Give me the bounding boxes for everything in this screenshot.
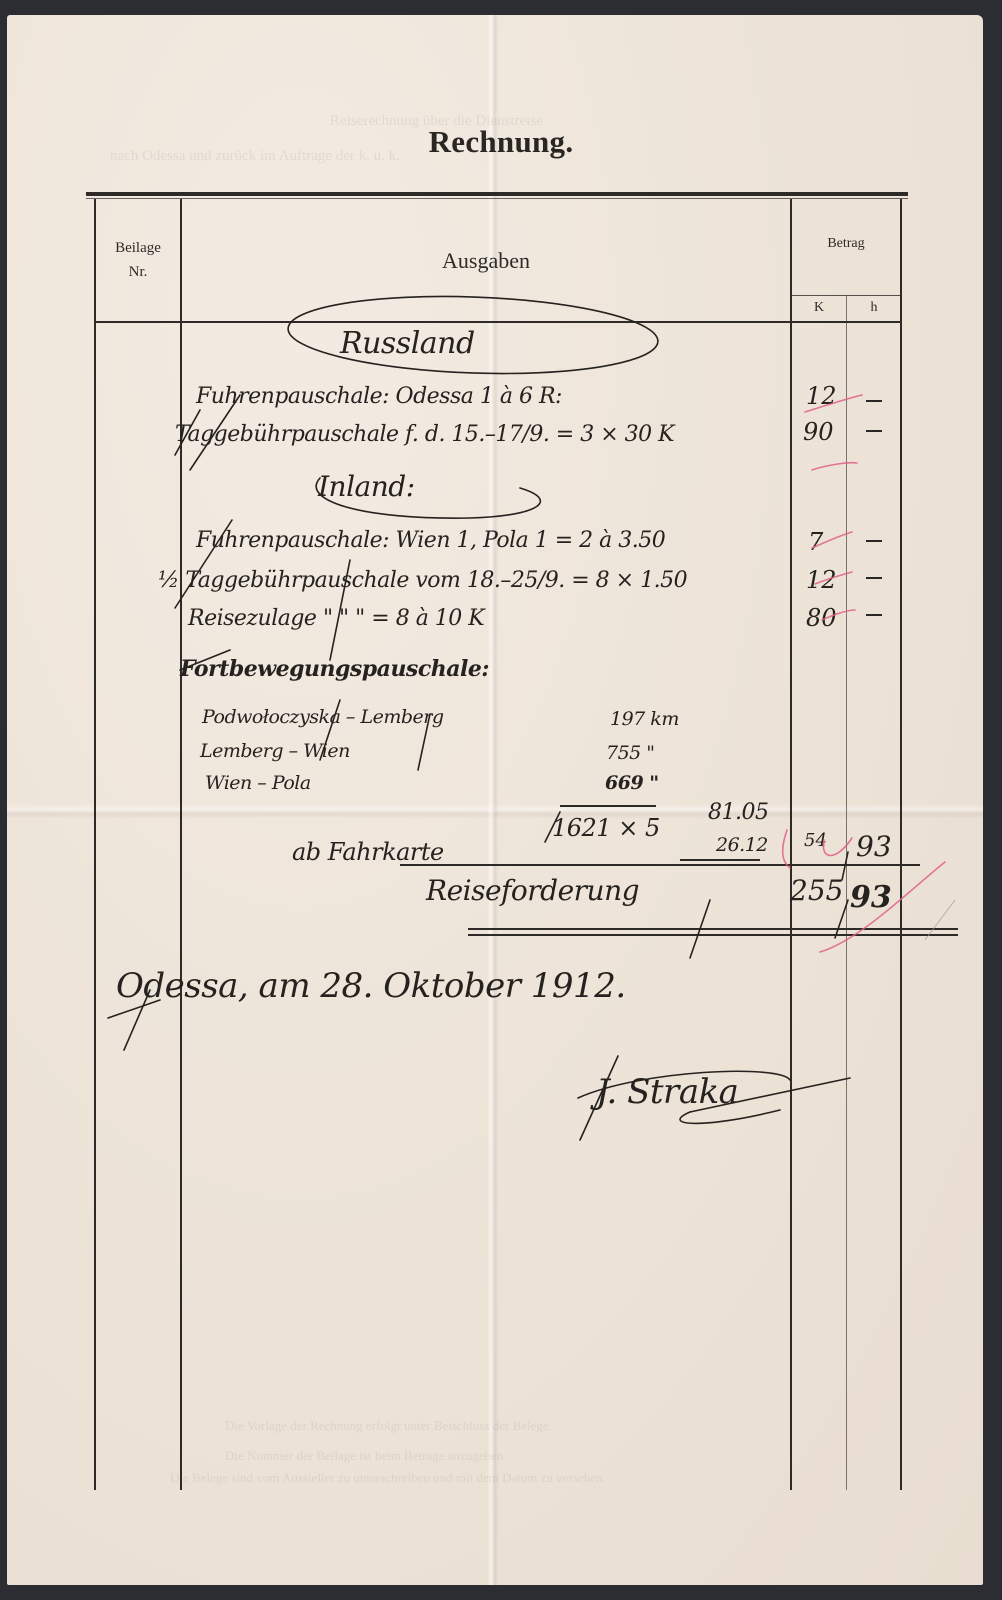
fahrt-subtotal-1: 81.05 [708,800,768,825]
footer-ghost-1: Die Vorlage der Rechnung erfolgt unter B… [225,1418,552,1434]
total-double-rule-2 [468,934,958,936]
header-beilage: Beilage [96,240,180,257]
amount-k: 12 [806,382,837,410]
row-text: ½ Taggebührpauschale vom 18.–25/9. = 8 ×… [158,568,687,593]
amount-h-dash [866,430,882,432]
amount-h-dash [866,614,882,616]
place-date: Odessa, am 28. Oktober 1912. [116,966,626,1006]
table-top-rule-thin [86,198,908,199]
section-heading-russland: Russland [340,326,475,361]
fahrt-result-h: 93 [856,830,892,863]
km-total: 1621 × 5 [552,814,660,842]
amount-k: 12 [806,566,837,594]
amount-k: 80 [806,604,837,632]
route-km: 755 " [606,742,655,764]
table-right-border [900,199,902,1490]
fahrt-heading: Fortbewegungspauschale: [180,656,489,682]
fahrt-subtotal-2: 26.12 [716,834,768,856]
row-text: Fuhrenpauschale: Wien 1, Pola 1 = 2 à 3.… [196,528,665,553]
route-name: Podwołoczyska – Lemberg [202,706,444,728]
amount-k: 7 [808,528,823,556]
amount-h-dash [866,540,882,542]
route-km: 669 " [605,772,659,794]
header-k: K [792,300,846,316]
table-top-rule [86,192,908,196]
header-bottom-rule [95,321,901,323]
total-h: 93 [850,880,892,915]
betrag-divider [790,199,792,1490]
amount-k: 90 [803,418,834,446]
total-double-rule-1 [468,928,958,930]
total-k: 255 [790,874,843,907]
signature: J. Straka [596,1072,738,1112]
fahrt-result-k: 54 [804,830,827,851]
beilage-divider [180,199,182,1490]
ab-fahrkarte-label: ab Fahrkarte [292,838,444,866]
footer-ghost-2: Die Nummer der Beilage ist beim Betrage … [225,1448,507,1464]
total-label: Reiseforderung [426,874,639,907]
amount-h-dash [866,400,882,402]
route-km: 197 km [610,708,679,730]
route-name: Lemberg – Wien [200,740,350,762]
route-name: Wien – Pola [205,772,311,794]
km-sum-rule [560,805,656,807]
total-top-rule [400,864,920,866]
row-text: Fuhrenpauschale: Odessa 1 à 6 R: [196,384,562,409]
k-h-divider [846,296,847,1490]
row-text: Reisezulage " " " = 8 à 10 K [188,606,484,631]
header-betrag: Betrag [792,236,900,252]
subtotal-rule [680,859,760,861]
table-left-border [94,199,96,1490]
header-h: h [847,300,901,316]
header-beilage-nr: Nr. [96,264,180,281]
footer-ghost-3: Die Belege sind vom Aussteller zu unters… [170,1470,606,1486]
amount-h-dash [866,577,882,579]
row-text: Taggebührpauschale f. d. 15.–17/9. = 3 ×… [175,422,674,447]
section-heading-inland: Inland: [318,470,415,503]
header-ausgaben: Ausgaben [182,248,790,274]
document-title: Rechnung. [0,124,1002,160]
